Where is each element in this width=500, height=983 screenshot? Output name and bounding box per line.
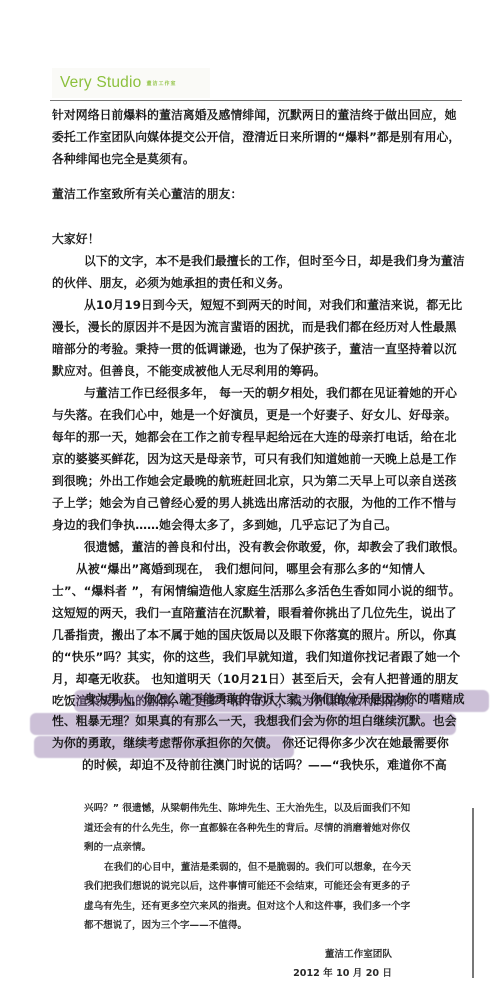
after-highlight-text: 你还记得你多少次在她最需要你 (282, 736, 449, 750)
header-divider (50, 100, 462, 101)
paragraph-3: 与董洁工作已经很多年， 每一天的朝夕相处，我们都在见证着她的开心与失落。在我们心… (52, 382, 467, 536)
brand-logo-text: Very Studio (60, 74, 141, 92)
page-edge-line (472, 808, 474, 978)
lower-paragraph-1: 兴吗？” 很遗憾，从梁朝伟先生、陈坤先生、王大治先生，以及后面我们不知道还会有的… (84, 799, 414, 858)
letter-date: 2012 年 10 月 20 日 (293, 965, 392, 979)
intro-paragraph: 针对网络日前爆料的董洁离婚及感情绯闻，沉默两日的董洁终于做出回应，她委托工作室团… (52, 104, 467, 170)
greeting: 大家好！ (52, 228, 100, 250)
brand-subtitle: 董洁工作室 (146, 80, 176, 87)
paragraph-1: 以下的文字，本不是我们最擅长的工作，但时至今日，却是我们身为董洁的伙伴、朋友，必… (52, 250, 467, 294)
brand-header: Very Studio 董洁工作室 (52, 68, 210, 98)
continuation-line: 的时候，却迫不及待前往澳门时说的话吗？——“我快乐，难道你不高 (82, 754, 482, 776)
highlighted-paragraph: 身为男人，你怎么就不能勇敢的告诉大家，你们的分开是因为你的嗜赌成性、粗暴无理？如… (52, 688, 467, 754)
letter-body: 以下的文字，本不是我们最擅长的工作，但时至今日，却是我们身为董洁的伙伴、朋友，必… (52, 250, 467, 712)
paragraph-2: 从10月19日到今天，短短不到两天的时间，对我们和董洁来说，都无比漫长，漫长的原… (52, 294, 467, 382)
salutation: 董洁工作室致所有关心董洁的朋友： (52, 183, 242, 205)
lower-section: 兴吗？” 很遗憾，从梁朝伟先生、陈坤先生、王大治先生，以及后面我们不知道还会有的… (84, 799, 414, 936)
signature: 董洁工作室团队 (325, 946, 392, 960)
paragraph-4: 很遗憾，董洁的善良和付出，没有教会你敢爱，你，却教会了我们敢恨。 (52, 536, 467, 558)
lower-paragraph-2: 在我们的心目中，董洁是柔弱的，但不是脆弱的。我们可以想象，在今天我们把我们想说的… (84, 858, 414, 936)
letter-page: Very Studio 董洁工作室 针对网络日前爆料的董洁离婚及感情绯闻，沉默两… (0, 0, 500, 983)
